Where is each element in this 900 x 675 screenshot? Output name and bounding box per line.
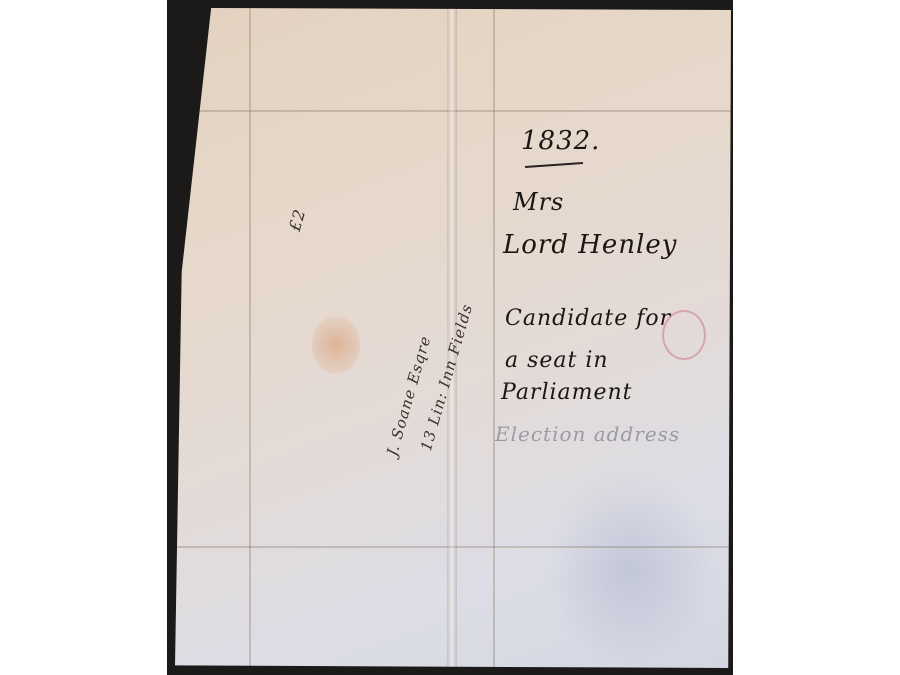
addressee-title: Mrs — [513, 188, 564, 216]
fold-line — [493, 8, 495, 668]
photo: 1832. Mrs Lord Henley Candidate for a se… — [167, 0, 733, 675]
note-line: a seat in — [505, 348, 609, 373]
pencil-note: Election address — [495, 422, 680, 446]
addressee-name: Lord Henley — [503, 230, 677, 260]
year-inscription: 1832. — [521, 126, 600, 156]
letter-paper: 1832. Mrs Lord Henley Candidate for a se… — [175, 8, 731, 668]
fold-line — [249, 8, 251, 668]
note-line: Candidate for — [505, 306, 671, 331]
underline — [525, 162, 583, 168]
small-note: £2 — [285, 207, 309, 234]
stain — [312, 316, 360, 374]
note-line: Parliament — [501, 380, 633, 405]
